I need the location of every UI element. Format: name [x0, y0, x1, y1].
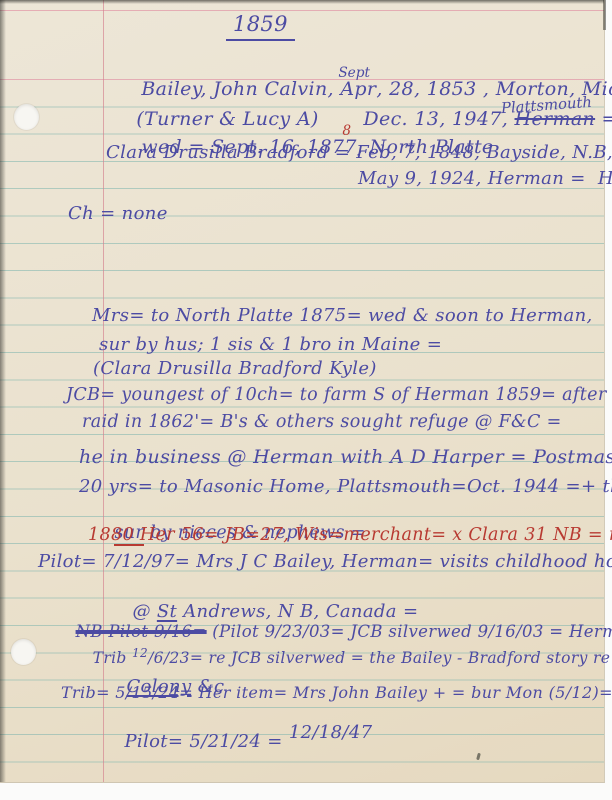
pink-rule-top — [0, 10, 604, 11]
correction-sept: Sept — [338, 66, 370, 81]
raised-date: 12/18/47 — [289, 722, 373, 743]
spouse-birth-line: Clara Drusilla Bradford = Feb, 7, 1848, … — [106, 143, 612, 163]
wife-note-line-2: sur by hus; 1 sis & 1 bro in Maine = — [99, 335, 442, 355]
jcb-note-line-1: JCB= youngest of 10ch= to farm S of Herm… — [66, 386, 612, 405]
scan-edge-top — [0, 0, 604, 4]
wife-note-line-3: (Clara Drusilla Bradford Kyle) — [93, 359, 377, 379]
census-1880-line: 1880 Her 56= JB=27, Wis=merchant= x Clar… — [88, 526, 612, 545]
pilot-date: Pilot= 5/21/24 = — [124, 731, 288, 752]
notebook-paper: 1859 Bailey, John Calvin, SeptApr, 28, 1… — [0, 0, 605, 783]
children-line: Ch = none — [68, 204, 168, 224]
trib-1924-line: Trib= 5/15/24= Her item= Mrs John Bailey… — [61, 684, 612, 702]
red-correction-8: 8 — [342, 124, 351, 139]
pilot-1897-line: Pilot= 7/12/97= Mrs J C Bailey, Herman= … — [38, 552, 612, 572]
jcb-note-line-3: he in business @ Herman with A D Harper … — [79, 447, 612, 468]
scanned-genealogy-page: 1859 Bailey, John Calvin, SeptApr, 28, 1… — [0, 0, 612, 800]
spouse-death-line: May 9, 1924, Herman = Her= — [358, 169, 612, 189]
title-year: 1859 — [226, 13, 295, 41]
pilot-1924-line: Pilot= 5/21/24 = 12/18/47 — [88, 712, 372, 771]
jcb-note-line-2: raid in 1862'= B's & others sought refug… — [82, 413, 562, 432]
punch-hole-bottom — [11, 639, 36, 665]
wife-note-line-1: Mrs= to North Platte 1875= wed & soon to… — [92, 306, 593, 326]
death-rest: = Her — [595, 108, 612, 130]
death-place-correction: PlattsmouthHerman — [515, 109, 596, 130]
scan-edge-top-right — [603, 0, 606, 30]
jcb-note-line-4: 20 yrs= to Masonic Home, Plattsmouth=Oct… — [79, 477, 612, 497]
punch-hole-top — [14, 104, 39, 130]
scan-edge-left — [0, 0, 6, 782]
